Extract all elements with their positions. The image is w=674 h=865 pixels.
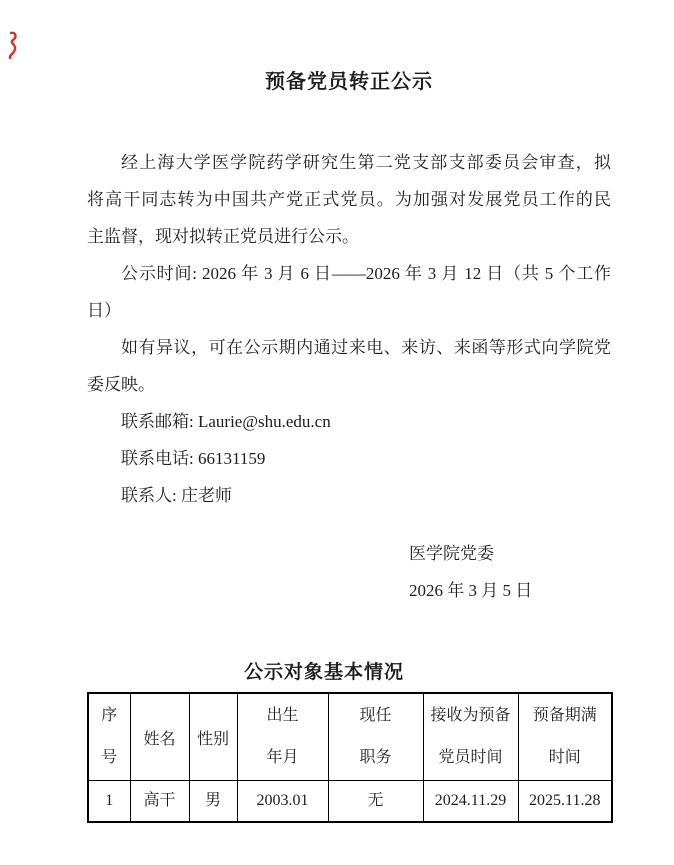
document-content: 预备党员转正公示 经上海大学医学院药学研究生第二党支部支部委员会审查，拟 将高干… [87,0,611,823]
header-line: 党员时间 [424,737,518,779]
objection-line: 委反映。 [87,366,611,403]
cell-birth: 2003.01 [237,781,328,823]
cell-position: 无 [328,781,423,823]
header-line: 职务 [329,737,423,779]
header-line: 现任 [329,695,423,737]
header-cell-admitted: 接收为预备 党员时间 [423,693,518,781]
signature-block: 医学院党委 2026 年 3 月 5 日 [87,535,611,609]
header-cell-birth: 出生 年月 [237,693,328,781]
page-title: 预备党员转正公示 [87,0,611,96]
header-line: 年月 [238,737,328,779]
header-line: 序 [89,695,130,737]
red-pen-mark [5,31,21,61]
paragraph-line: 经上海大学医学院药学研究生第二党支部支部委员会审查，拟 [87,144,611,181]
table-row: 1 高干 男 2003.01 无 2024.11.29 2025.11.28 [88,781,612,823]
notice-period-line: 公示时间: 2026 年 3 月 6 日——2026 年 3 月 12 日（共 … [87,255,611,292]
contact-phone-line: 联系电话: 66131159 [87,440,611,477]
cell-expiry: 2025.11.28 [518,781,612,823]
contact-email-line: 联系邮箱: Laurie@shu.edu.cn [87,403,611,440]
header-line: 性别 [197,731,229,748]
header-line: 接收为预备 [424,695,518,737]
signature-org: 医学院党委 [87,535,611,572]
notice-period-line: 日） [87,292,611,329]
header-line: 预备期满 [519,695,612,737]
header-cell-index: 序 号 [88,693,130,781]
red-scribble-icon [5,31,21,61]
cell-index: 1 [88,781,130,823]
header-cell-expiry: 预备期满 时间 [518,693,612,781]
body-text: 经上海大学医学院药学研究生第二党支部支部委员会审查，拟 将高干同志转为中国共产党… [87,144,611,514]
contact-person-line: 联系人: 庄老师 [87,477,611,514]
header-cell-gender: 性别 [189,693,237,781]
signature-date: 2026 年 3 月 5 日 [87,572,611,609]
paragraph-line: 主监督，现对拟转正党员进行公示。 [87,218,611,255]
header-line: 号 [89,737,130,779]
candidate-info-table: 序 号 姓名 性别 出生 年月 现任 职务 [87,692,613,823]
cell-gender: 男 [189,781,237,823]
header-line: 出生 [238,695,328,737]
header-cell-name: 姓名 [130,693,189,781]
header-cell-position: 现任 职务 [328,693,423,781]
document-page: 预备党员转正公示 经上海大学医学院药学研究生第二党支部支部委员会审查，拟 将高干… [0,0,674,865]
header-line: 姓名 [143,731,175,748]
cell-admitted: 2024.11.29 [423,781,518,823]
paragraph-line: 将高干同志转为中国共产党正式党员。为加强对发展党员工作的民 [87,181,611,218]
objection-line: 如有异议，可在公示期内通过来电、来访、来函等形式向学院党 [87,329,611,366]
table-heading: 公示对象基本情况 [87,661,611,685]
table-header-row: 序 号 姓名 性别 出生 年月 现任 职务 [88,693,612,781]
header-line: 时间 [519,737,612,779]
cell-name: 高干 [130,781,189,823]
